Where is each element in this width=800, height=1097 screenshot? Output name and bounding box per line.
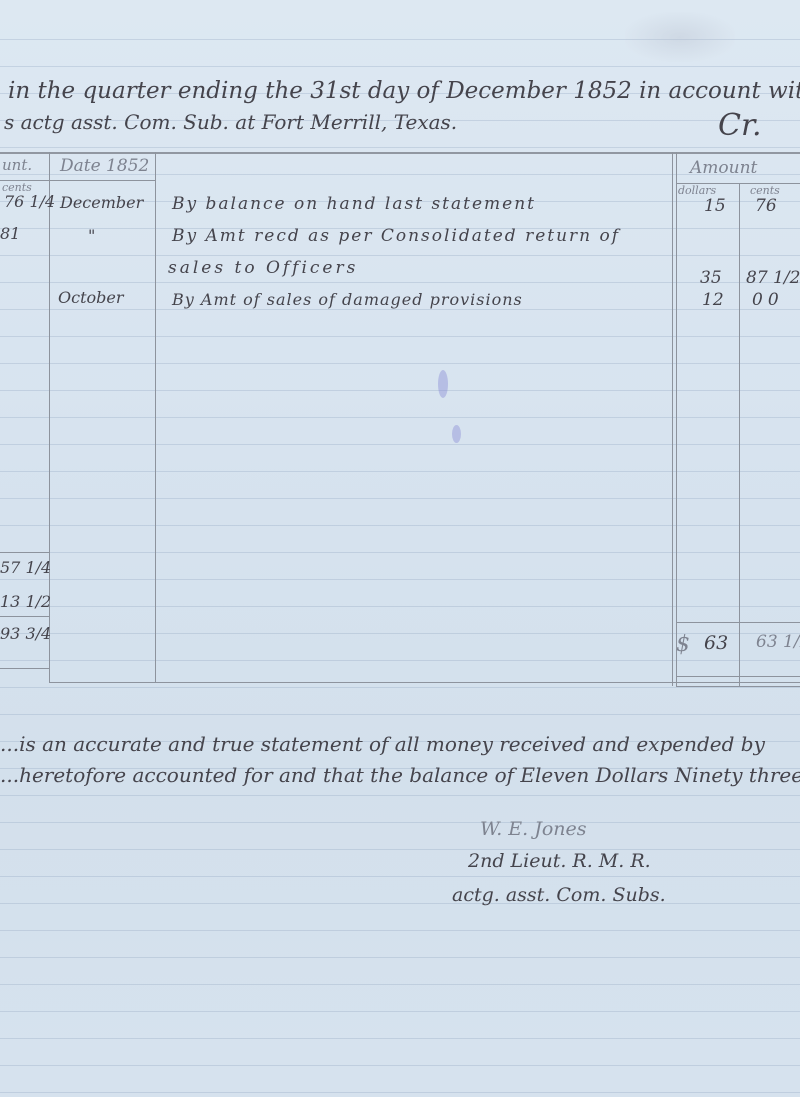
left-bottom-rule [0, 668, 49, 669]
row-dollars: 15 [704, 196, 726, 216]
left-total-rule [0, 616, 49, 617]
amount-column-header: Amount [690, 158, 757, 178]
signature-name: W. E. Jones [480, 818, 587, 840]
row-cents: 00 [752, 290, 784, 310]
row-description: By Amt recd as per Consolidated return o… [172, 226, 620, 246]
left-subtotal-rule [0, 552, 49, 553]
row-dollars: 35 [700, 268, 722, 288]
certification-line-1: ...is an accurate and true statement of … [0, 732, 765, 756]
total-cents: 63 1/2 [756, 632, 800, 652]
table-divider-date [155, 152, 156, 682]
left-value: 13 1/2 [0, 592, 51, 611]
row-cents: 76 [755, 196, 777, 216]
left-value: 81 [0, 224, 20, 243]
amount-total-rule [676, 622, 800, 623]
row-cents: 87 1/2 [746, 268, 800, 288]
date-column-header: Date 1852 [60, 156, 149, 176]
embossed-seal [625, 12, 735, 62]
left-value: 57 1/4 [0, 558, 51, 577]
row-date: October [58, 288, 124, 307]
left-column-header: unt. [2, 156, 32, 174]
certification-line-2: ...heretofore accounted for and that the… [0, 763, 800, 787]
credit-label: Cr. [718, 108, 762, 143]
table-divider-desc [672, 152, 673, 686]
row-description: By Amt of sales of damaged provisions [172, 290, 523, 309]
amount-double-rule-1 [676, 676, 800, 677]
total-dollars: 63 [704, 632, 728, 654]
ink-blot [452, 425, 461, 443]
row-date: " [88, 226, 95, 245]
row-description: By balance on hand last statement [172, 194, 536, 214]
amount-double-rule-2 [676, 686, 800, 687]
row-dollars: 12 [702, 290, 724, 310]
signature-rank: 2nd Lieut. R. M. R. [468, 850, 651, 872]
row-description: sales to Officers [168, 258, 358, 278]
left-value: 93 3/4 [0, 624, 51, 643]
heading-line-2: s actg asst. Com. Sub. at Fort Merrill, … [4, 110, 457, 134]
signature-title: actg. asst. Com. Subs. [452, 884, 666, 906]
table-divider-desc-double [676, 152, 677, 686]
heading-line-1: in the quarter ending the 31st day of De… [8, 78, 800, 104]
ink-blot [438, 370, 448, 398]
row-date: December [60, 193, 143, 212]
table-top-rule [0, 152, 800, 154]
table-bottom-rule [49, 682, 800, 683]
left-value: 76 1/4 [4, 192, 55, 211]
dollar-sign-mark: $ [676, 632, 690, 657]
table-divider-cents [739, 183, 740, 686]
